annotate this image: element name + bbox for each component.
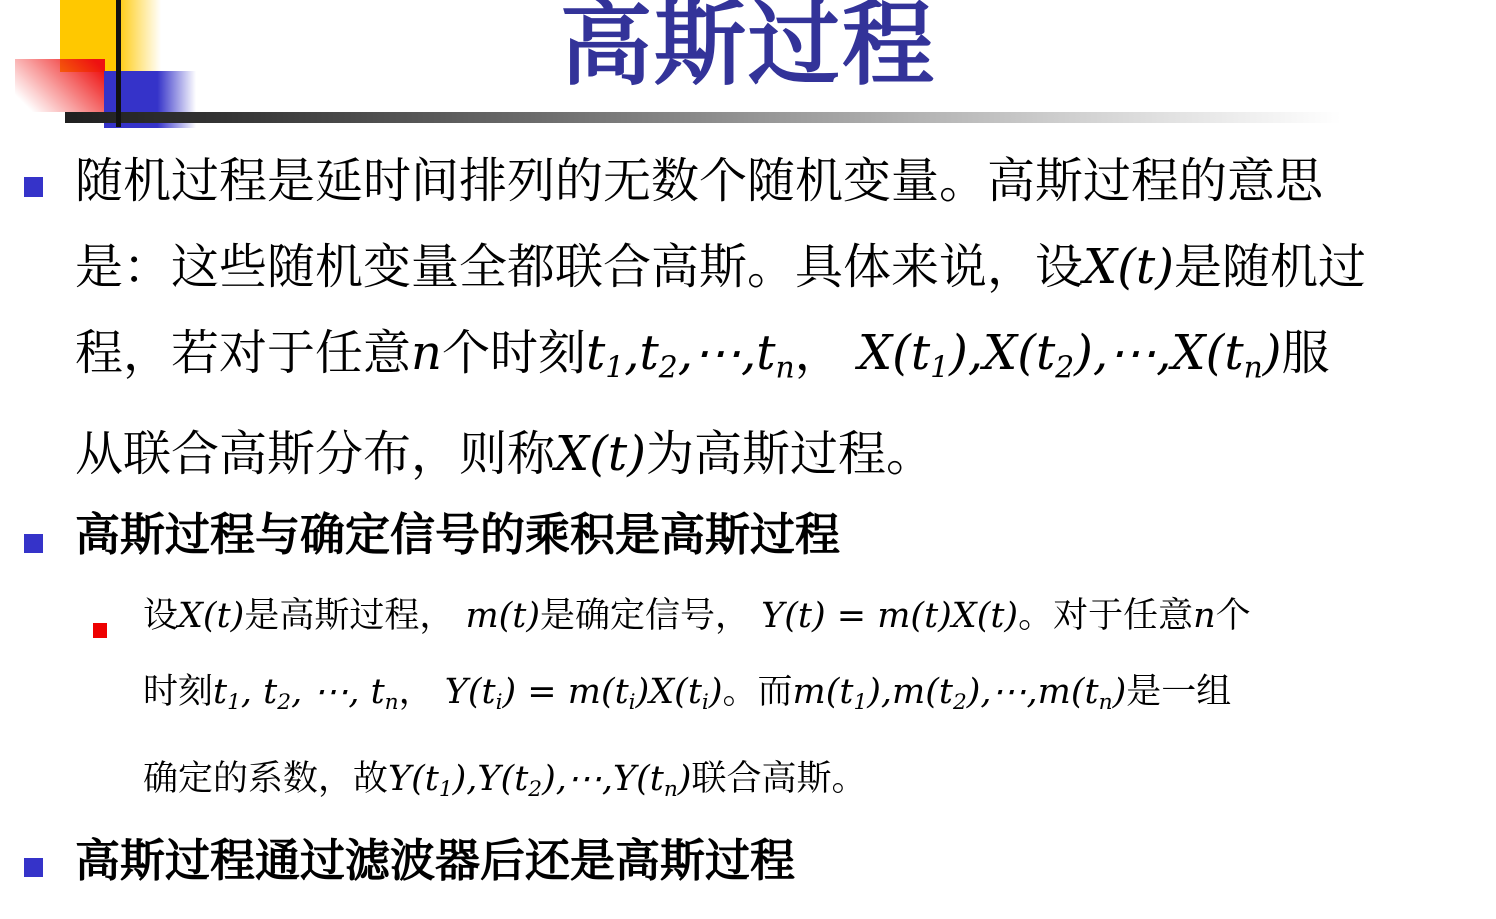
sub-paragraph-proof: 设X(t)是高斯过程， m(t)是确定信号， Y(t) = m(t)X(t)。对… <box>143 578 1251 828</box>
sub-bullet-square <box>93 623 107 638</box>
paragraph-line: 从联合高斯分布，则称X(t)为高斯过程。 <box>75 411 1366 497</box>
bullet-square-1 <box>24 177 43 197</box>
paragraph-line: 程，若对于任意n个时刻t1,t2,⋯,tn， X(t1),X(t2),⋯,X(t… <box>75 310 1366 411</box>
sub-paragraph-line: 确定的系数，故Y(t1),Y(t2),⋯,Y(tn)联合高斯。 <box>143 741 1251 828</box>
title-divider-bar <box>65 112 1341 123</box>
sub-paragraph-line: 设X(t)是高斯过程， m(t)是确定信号， Y(t) = m(t)X(t)。对… <box>143 578 1251 654</box>
paragraph-line: 是：这些随机变量全都联合高斯。具体来说，设X(t)是随机过 <box>75 224 1366 310</box>
paragraph-line: 随机过程是延时间排列的无数个随机变量。高斯过程的意思 <box>75 138 1366 224</box>
slide: 高斯过程 随机过程是延时间排列的无数个随机变量。高斯过程的意思 是：这些随机变量… <box>0 0 1496 919</box>
bullet-square-2 <box>24 534 43 553</box>
paragraph-definition: 随机过程是延时间排列的无数个随机变量。高斯过程的意思 是：这些随机变量全都联合高… <box>75 138 1366 497</box>
heading-filter-property: 高斯过程通过滤波器后还是高斯过程 <box>75 826 795 896</box>
heading-product-property: 高斯过程与确定信号的乘积是高斯过程 <box>75 500 840 570</box>
sub-paragraph-line: 时刻t1, t2, ⋯, tn， Y(ti) = m(ti)X(ti)。而m(t… <box>143 654 1251 741</box>
bullet-square-3 <box>24 858 43 877</box>
slide-title: 高斯过程 <box>0 0 1496 96</box>
